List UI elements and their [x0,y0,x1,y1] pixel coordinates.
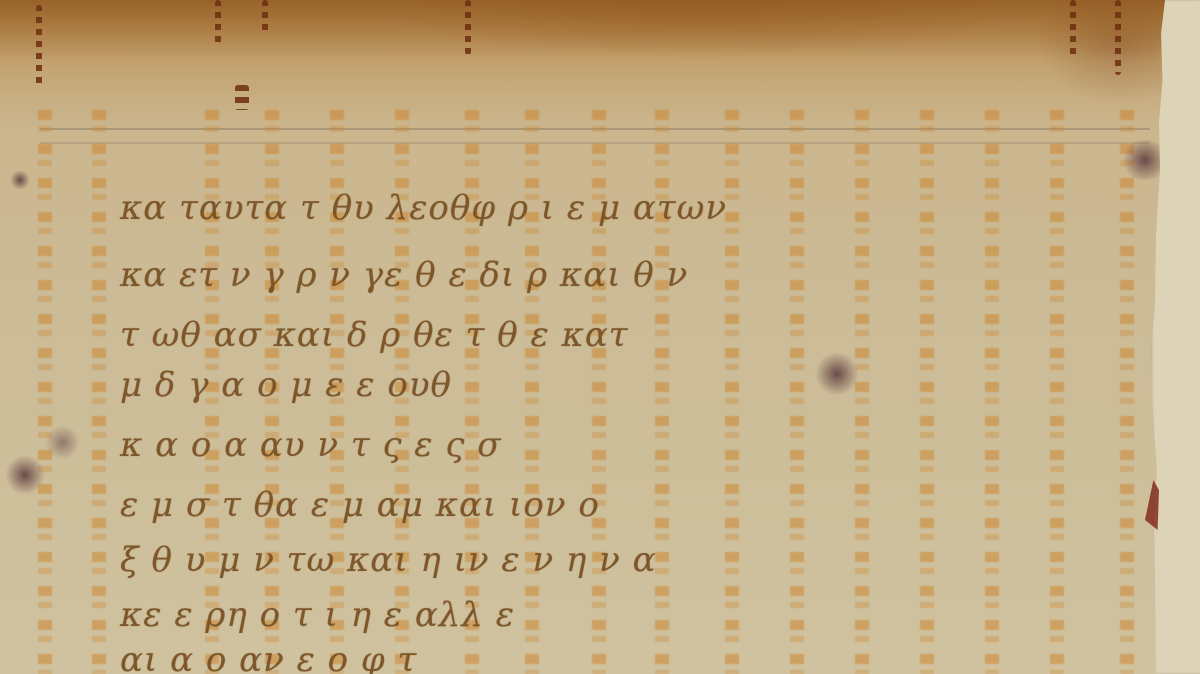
ink-spot [5,455,45,495]
rust-drip [262,0,268,35]
rust-drip [235,85,249,110]
overtext-line: κ α ο α αυ ν τ ς ε ς σ [120,425,1120,465]
overtext-line: τ ωθ ασ και δ ρ θε τ θ ε κατ [120,315,1120,355]
overtext-line: κα ταυτα τ θυ λεοθφ ρ ι ε μ ατων [120,188,1120,228]
top-stain [0,0,1200,60]
overtext-line: ε μ σ τ θα ε μ αμ και ιον ο [120,485,1120,525]
undertext-column [1120,110,1134,674]
undertext-column [38,110,52,674]
ink-spot [10,170,30,190]
overtext-line: αι α ο αν ε ο φ τ [120,640,1120,674]
rust-drip [36,5,42,85]
overtext-line: κε ε ρη ο τ ι η ε αλλ ε [120,595,1120,635]
ink-spot [815,352,859,396]
rust-drip [1115,0,1121,75]
ink-spot [45,425,80,460]
rust-drip [215,0,221,45]
overtext-line: μ δ γ α ο μ ε ε ουθ [120,365,1120,405]
overtext-line: ξ θ υ μ ν τω και η ιν ε ν η ν α [120,540,1120,580]
rust-drip [465,0,471,55]
rust-drip [1070,0,1076,60]
undertext-column [92,110,106,674]
overtext-line: κα ετ ν γ ρ ν γε θ ε δι ρ και θ ν [120,255,1120,295]
